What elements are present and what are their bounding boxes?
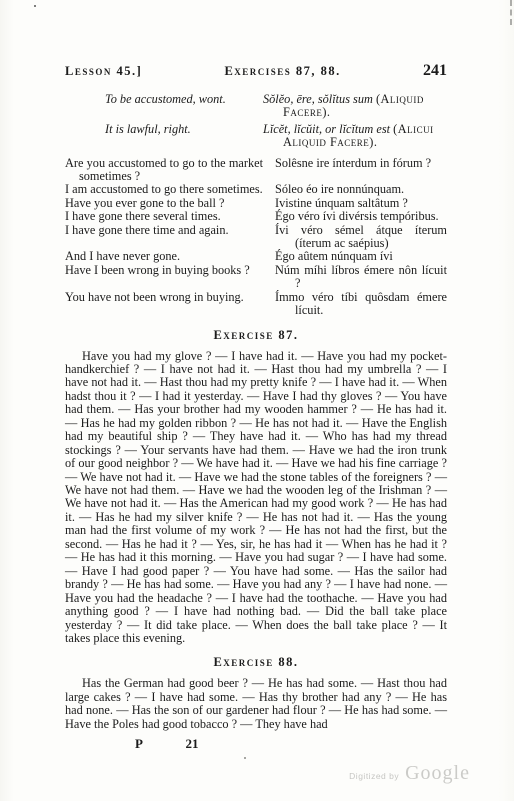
english-phrase: I am accustomed to go there sometimes. xyxy=(65,183,263,196)
running-header: Lesson 45.] Exercises 87, 88. 241 xyxy=(65,62,447,80)
phrase-row: You have not been wrong in buying. Ímmo … xyxy=(65,291,447,318)
english-phrase: I have gone there time and again. xyxy=(65,224,263,251)
english-phrase: You have not been wrong in buying. xyxy=(65,291,263,318)
lesson-label: Lesson 45.] xyxy=(65,64,142,79)
vocabulary-section: To be accustomed, wont. Sŏlĕo, ēre, sŏlĭ… xyxy=(65,93,447,150)
vocab-row: To be accustomed, wont. Sŏlĕo, ēre, sŏlĭ… xyxy=(65,93,447,120)
vocab-latin: Sŏlĕo, ēre, sŏlĭtus sum (Aliquid Facere)… xyxy=(263,93,447,120)
vocab-english: It is lawful, right. xyxy=(105,123,263,150)
english-phrase: And I have never gone. xyxy=(65,250,263,263)
vocab-english: To be accustomed, wont. xyxy=(105,93,263,120)
scan-edge-mark xyxy=(510,0,512,25)
latin-phrase: Ímmo véro tíbi quôsdam émere lícuit. xyxy=(275,291,447,318)
latin-phrase: Égo aûtem núnquam ívi xyxy=(275,250,447,263)
scan-speck xyxy=(244,757,246,759)
phrase-row: Have I been wrong in buying books ? Núm … xyxy=(65,264,447,291)
english-phrase: Are you accustomed to go to the market s… xyxy=(65,157,263,184)
latin-phrase: Ívi véro sémel átque íterum (íterum ac s… xyxy=(275,224,447,251)
exercise-88-text: Has the German had good beer ? — He has … xyxy=(65,677,447,731)
book-page: Lesson 45.] Exercises 87, 88. 241 To be … xyxy=(0,0,514,801)
exercise-87-heading: Exercise 87. xyxy=(65,328,447,343)
phrase-row: I have gone there time and again. Ívi vé… xyxy=(65,224,447,251)
phrase-table: Are you accustomed to go to the market s… xyxy=(65,157,447,318)
google-logo: Google xyxy=(405,762,470,785)
phrase-row: Have you ever gone to the ball ? Ivistin… xyxy=(65,197,447,210)
latin-forms: Sŏlĕo, ēre, sŏlĭtus sum xyxy=(263,92,376,106)
english-phrase: I have gone there several times. xyxy=(65,210,263,223)
latin-phrase: Égo véro ívi divérsis tempóribus. xyxy=(275,210,447,223)
phrase-row: I am accustomed to go there sometimes. S… xyxy=(65,183,447,196)
vocab-latin: Lĭcĕt, lĭcŭit, or lĭcĭtum est (Alicui Al… xyxy=(263,123,447,150)
digitized-by-watermark: Digitized by Google xyxy=(349,762,470,785)
vocab-row: It is lawful, right. Lĭcĕt, lĭcŭit, or l… xyxy=(65,123,447,150)
latin-phrase: Núm míhi líbros émere nôn lícuit ? xyxy=(275,264,447,291)
scan-speck xyxy=(34,5,36,7)
phrase-row: And I have never gone. Égo aûtem núnquam… xyxy=(65,250,447,263)
watermark-prefix: Digitized by xyxy=(349,771,399,781)
latin-forms: Lĭcĕt, lĭcŭit, or lĭcĭtum est xyxy=(263,122,393,136)
latin-phrase: Solêsne ire ínterdum in fórum ? xyxy=(275,157,447,184)
signature-letter: P xyxy=(135,736,142,751)
english-phrase: Have you ever gone to the ball ? xyxy=(65,197,263,210)
latin-phrase: Sóleo éo ire nonnúnquam. xyxy=(275,183,447,196)
signature-number: 21 xyxy=(185,736,198,751)
english-phrase: Have I been wrong in buying books ? xyxy=(65,264,263,291)
phrase-row: I have gone there several times. Égo vér… xyxy=(65,210,447,223)
latin-phrase: Ivistine únquam saltâtum ? xyxy=(275,197,447,210)
exercises-label: Exercises 87, 88. xyxy=(142,64,423,79)
signature-line: P 21 xyxy=(65,736,447,752)
exercise-87-text: Have you had my glove ? — I have had it.… xyxy=(65,350,447,646)
exercise-88-heading: Exercise 88. xyxy=(65,655,447,670)
phrase-row: Are you accustomed to go to the market s… xyxy=(65,157,447,184)
page-number: 241 xyxy=(423,62,447,80)
